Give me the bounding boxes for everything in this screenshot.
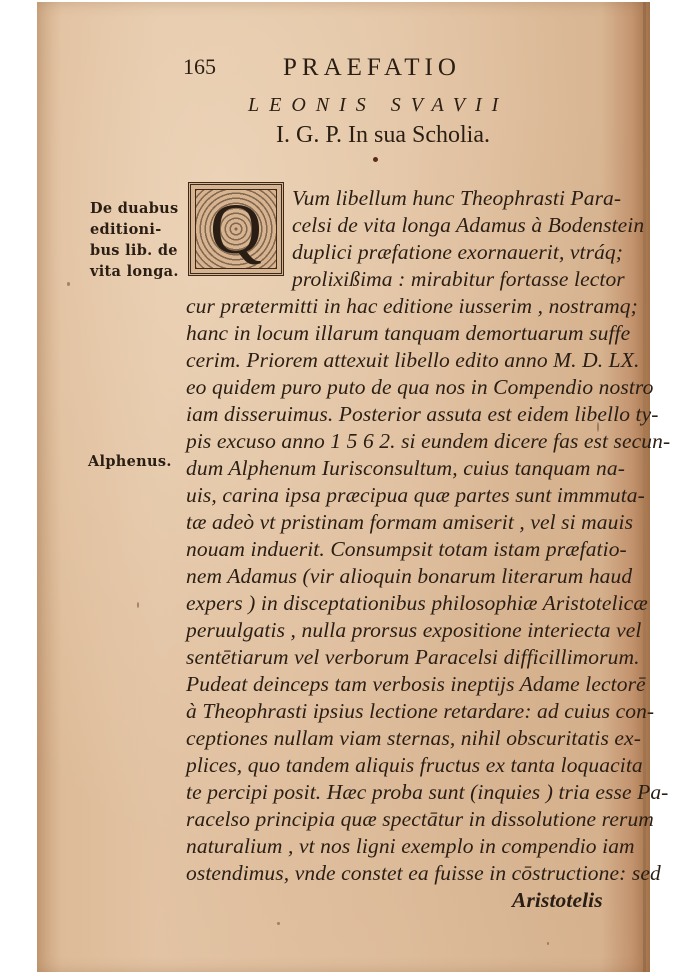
ornament-dot <box>373 157 378 162</box>
text-line: duplici præfatione exornauerit, vtráq; <box>292 240 623 265</box>
section-subtitle: I. G. P. In sua Scholia. <box>276 122 490 149</box>
text-line: cur prætermitti in hac editione iusserim… <box>186 294 638 319</box>
text-line: pis excuso anno 1 5 6 2. si eundem dicer… <box>186 429 670 454</box>
text-line: prolixißima : mirabitur fortasse lector <box>292 267 625 292</box>
author-heading: LEONIS SVAVII <box>248 94 508 117</box>
text-line: iam disseruimus. Posterior assuta est ei… <box>186 402 659 427</box>
page-number: 165 <box>183 54 216 80</box>
margin-note-line: vita longa. <box>90 261 179 282</box>
margin-note-editions: De duabus editioni- bus lib. de vita lon… <box>90 198 179 282</box>
text-line: sentētiarum vel verborum Paracelsi diffi… <box>186 645 640 670</box>
margin-note-line: editioni- <box>90 219 179 240</box>
initial-letter: Q <box>210 193 262 265</box>
decorated-initial: Q <box>188 182 284 276</box>
text-line: hanc in locum illarum tanquam demortuaru… <box>186 321 630 346</box>
running-title: PRAEFATIO <box>283 54 461 82</box>
margin-note-alphenus: Alphenus. <box>88 451 172 472</box>
text-line: plices, quo tandem aliquis fructus ex ta… <box>186 753 643 778</box>
margin-note-line: Alphenus. <box>88 451 172 472</box>
text-line: cerim. Priorem attexuit libello edito an… <box>186 348 639 373</box>
margin-note-line: De duabus <box>90 198 179 219</box>
text-line: peruulgatis , nulla prorsus expositione … <box>186 618 641 643</box>
text-line: nem Adamus (vir alioquin bonarum literar… <box>186 564 632 589</box>
text-line: naturalium , vt nos ligni exemplo in com… <box>186 834 635 859</box>
catchword: Aristotelis <box>512 888 603 913</box>
text-line: Vum libellum hunc Theophrasti Para- <box>292 186 621 211</box>
text-line: eo quidem puro puto de qua nos in Compen… <box>186 375 653 400</box>
text-line: te percipi posit. Hæc proba sunt (inquie… <box>186 780 668 805</box>
text-line: uis, carina ipsa præcipua quæ partes sun… <box>186 483 645 508</box>
initial-ornament-icon: Q <box>195 189 277 269</box>
text-line: dum Alphenum Iurisconsultum, cuius tanqu… <box>186 456 625 481</box>
text-line: racelso principia quæ spectātur in disso… <box>186 807 654 832</box>
text-line: ostendimus, vnde constet ea fuisse in cō… <box>186 861 661 886</box>
margin-note-line: bus lib. de <box>90 240 179 261</box>
text-line: nouam induerit. Consumpsit totam istam p… <box>186 537 627 562</box>
text-line: à Theophrasti ipsius lectione retardare:… <box>186 699 654 724</box>
text-line: tæ adeò vt pristinam formam amiserit , v… <box>186 510 633 535</box>
text-line: ceptiones nullam viam sternas, nihil obs… <box>186 726 641 751</box>
text-line: celsi de vita longa Adamus à Bodenstein <box>292 213 644 238</box>
text-line: Pudeat deinceps tam verbosis ineptijs Ad… <box>186 672 646 697</box>
text-line: expers ) in disceptationibus philosophiæ… <box>186 591 648 616</box>
